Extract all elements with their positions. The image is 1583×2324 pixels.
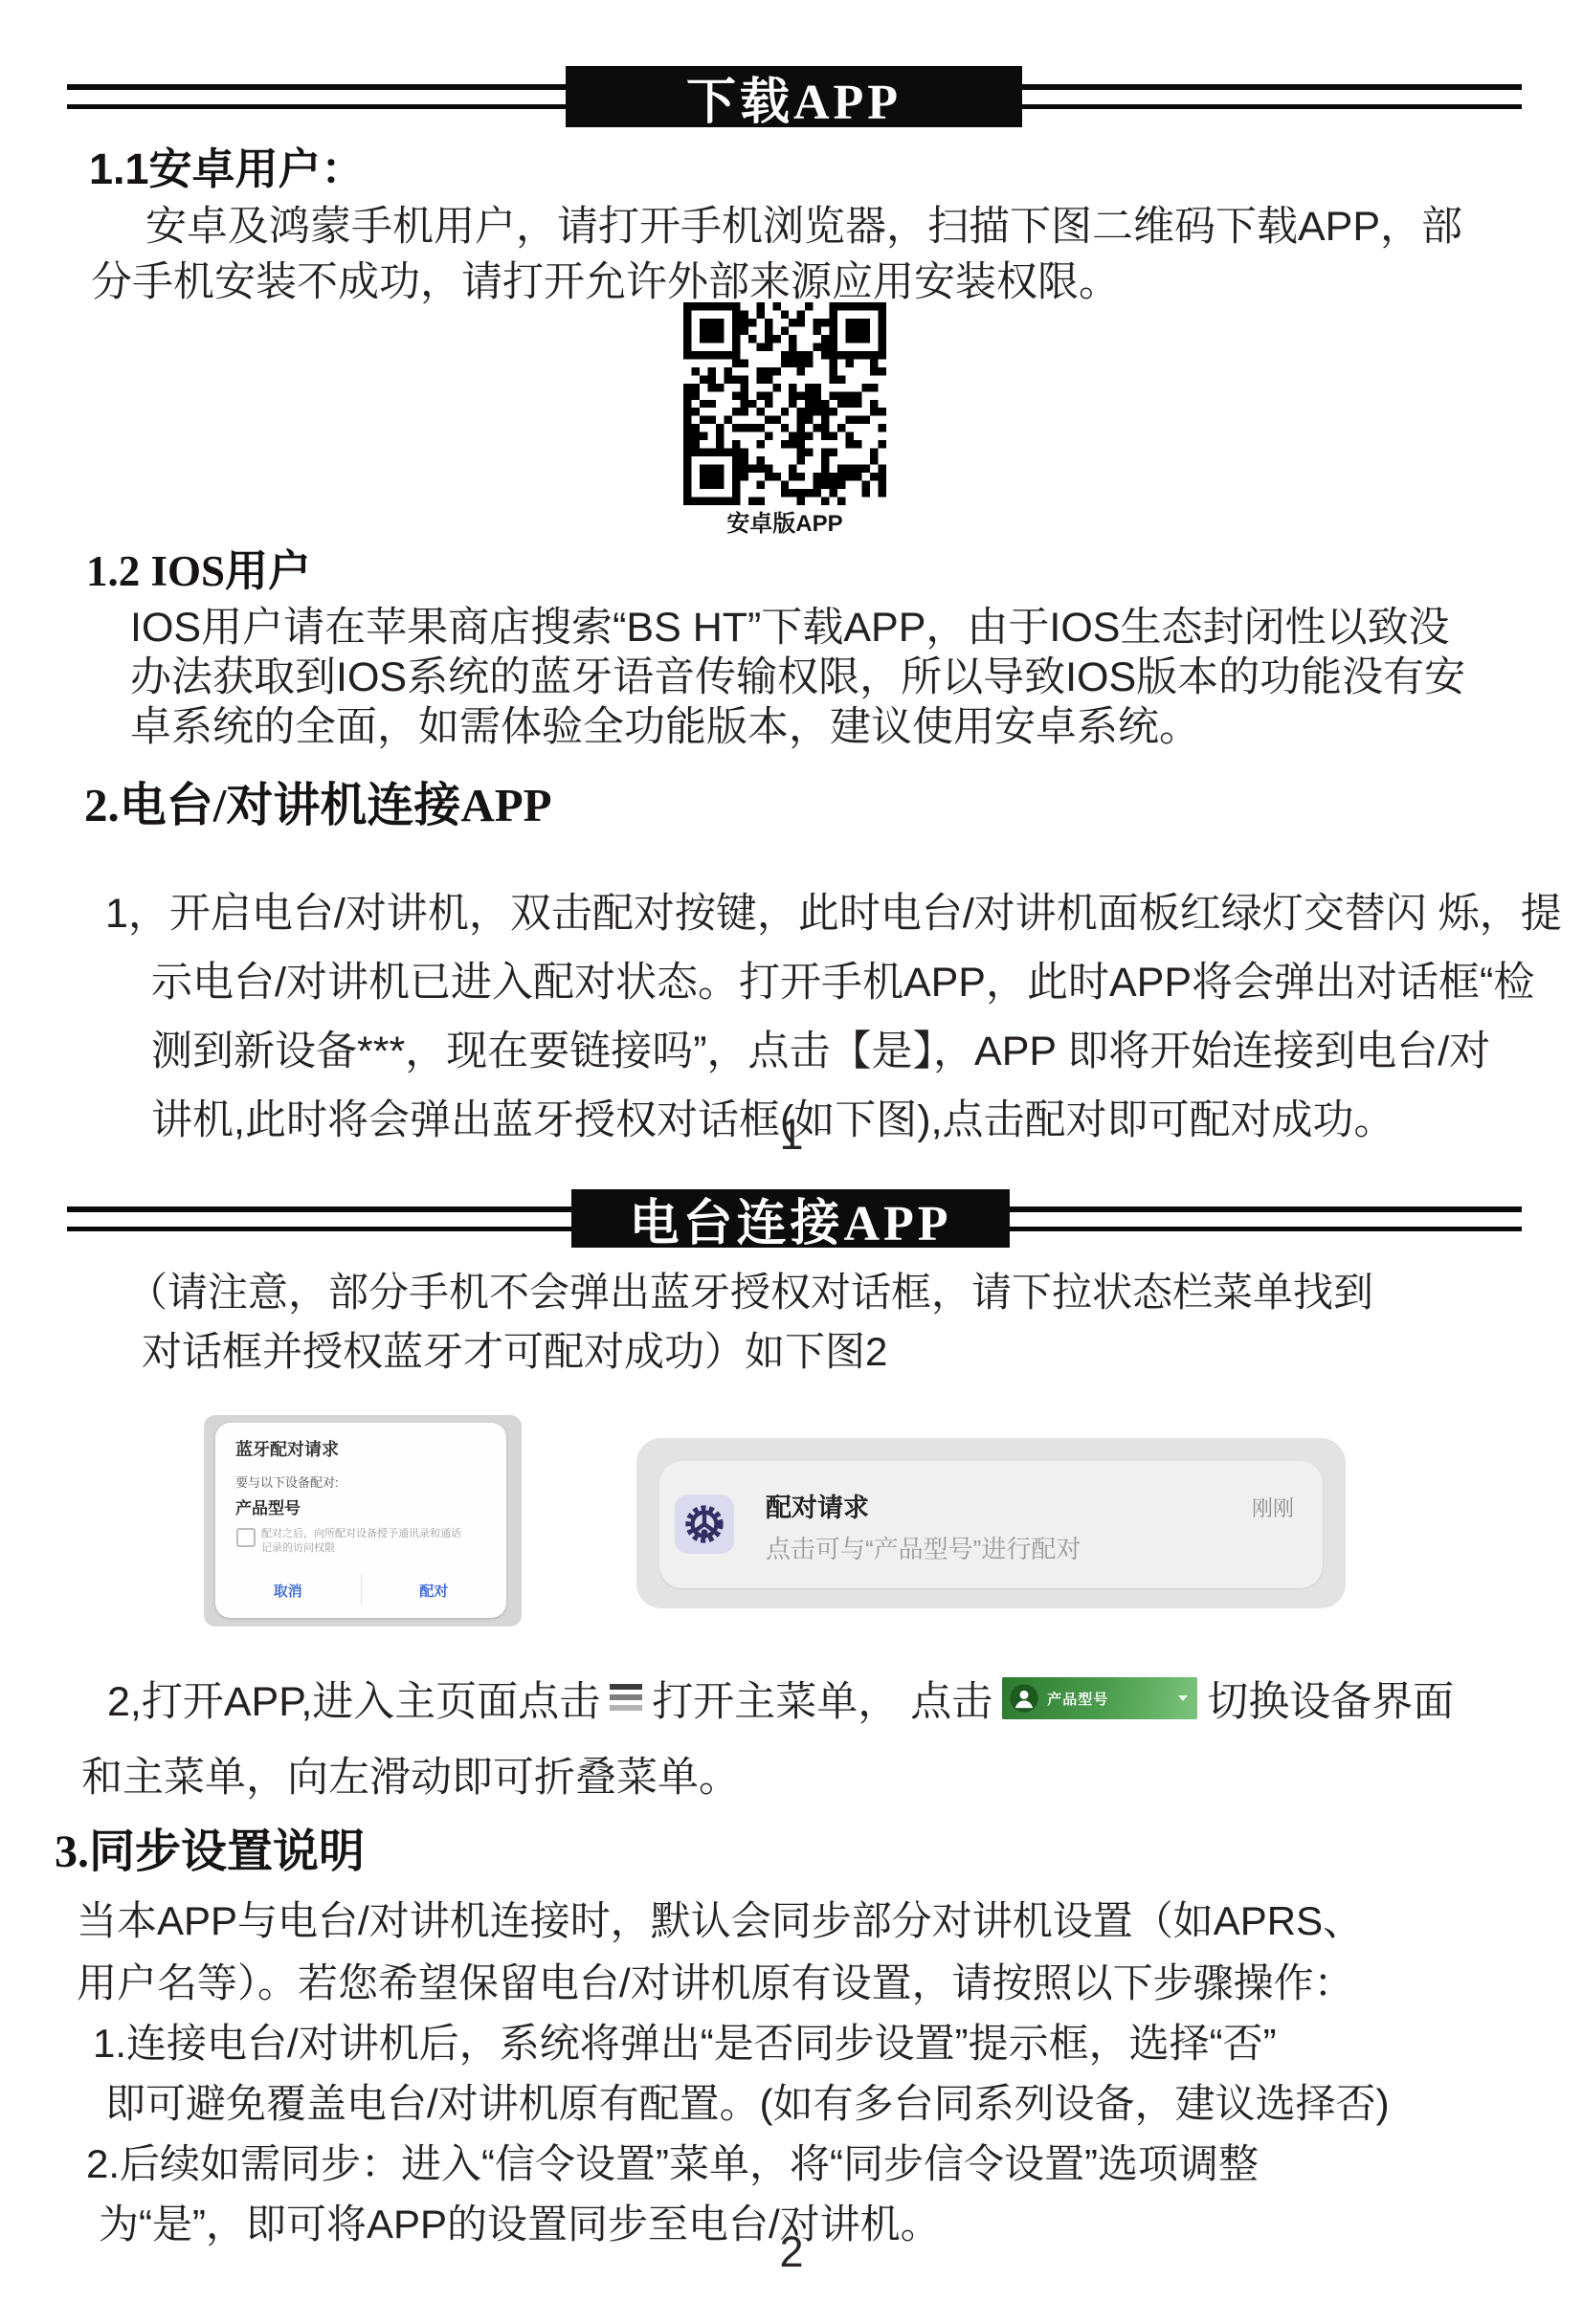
- manual-page: 下载APP 1.1安卓用户： 安卓及鸿蒙手机用户，请打开手机浏览器，扫描下图二维…: [0, 0, 1583, 2324]
- sync-line4: 即可避免覆盖电台/对讲机原有配置。(如有多台同系列设备，建议选择否): [105, 2072, 1390, 2130]
- step2-text-after-button: 切换设备界面: [1207, 1670, 1454, 1728]
- step2-text-before-menu: 2,打开APP,进入主页面点击: [107, 1670, 600, 1728]
- heading-ios-users: 1.2 IOS用户: [86, 536, 311, 598]
- bluetooth-pairing-dialog: 蓝牙配对请求 要与以下设备配对: 产品型号 配对之后，向所配对设备授予通讯录和通…: [215, 1423, 506, 1618]
- note-line2: 对话框并授权蓝牙才可配对成功）如下图2: [142, 1320, 887, 1378]
- device-button-label: 产品型号: [1047, 1689, 1108, 1709]
- dialog-device-name: 产品型号: [235, 1494, 301, 1518]
- pairing-notification-card[interactable]: 配对请求 刚刚 点击可与“产品型号”进行配对: [659, 1461, 1323, 1588]
- menu-hamburger-icon[interactable]: [610, 1684, 642, 1713]
- step2-line1: 2,打开APP,进入主页面点击 打开主菜单， 点击 产品型号 切换设备界面: [107, 1674, 1454, 1722]
- page-number-2: 2: [0, 2227, 1583, 2277]
- app-gear-icon: [675, 1494, 734, 1554]
- ios-paragraph-line3: 卓系统的全面，如需体验全功能版本，建议使用安卓系统。: [130, 695, 1200, 753]
- dialog-prompt: 要与以下设备配对:: [235, 1472, 339, 1491]
- pair-button[interactable]: 配对: [362, 1581, 507, 1601]
- sync-line5: 2.后续如需同步：进入“信令设置”菜单，将“同步信令设置”选项调整: [86, 2133, 1259, 2190]
- note-line1: （请注意，部分手机不会弹出蓝牙授权对话框，请下拉状态栏菜单找到: [127, 1261, 1373, 1318]
- step1-line1: 1，开启电台/对讲机，双击配对按键，此时电台/对讲机面板红绿灯交替闪 烁，提: [105, 881, 1562, 940]
- banner-download-app: 下载APP: [566, 66, 1022, 127]
- banner-download-app-label: 下载APP: [686, 61, 902, 133]
- notification-title: 配对请求: [766, 1487, 869, 1524]
- android-paragraph-line2: 分手机安装不成功，请打开允许外部来源应用安装权限。: [91, 250, 1120, 308]
- cancel-button[interactable]: 取消: [215, 1581, 361, 1601]
- screenshot-pairing-notification: 配对请求 刚刚 点击可与“产品型号”进行配对: [636, 1438, 1346, 1608]
- step2-text-after-menu: 打开主菜单， 点击: [652, 1670, 992, 1728]
- avatar-icon: [1009, 1683, 1039, 1714]
- grant-access-checkbox[interactable]: [236, 1528, 256, 1547]
- screenshot-bluetooth-dialog: 蓝牙配对请求 要与以下设备配对: 产品型号 配对之后，向所配对设备授予通讯录和通…: [204, 1415, 522, 1627]
- heading-sync-settings: 3.同步设置说明: [55, 1814, 365, 1880]
- sync-line2: 用户名等）。若您希望保留电台/对讲机原有设置，请按照以下步骤操作：: [77, 1952, 1354, 2009]
- step2-line2: 和主菜单，向左滑动即可折叠菜单。: [81, 1745, 740, 1804]
- android-paragraph-line1: 安卓及鸿蒙手机用户，请打开手机浏览器，扫描下图二维码下载APP，部: [145, 194, 1462, 253]
- qr-code: [683, 302, 886, 505]
- checkbox-label-line2: 记录的访问权限: [261, 1541, 461, 1556]
- checkbox-label-line1: 配对之后，向所配对设备授予通讯录和通话: [261, 1527, 461, 1541]
- qr-caption: 安卓版APP: [683, 504, 886, 538]
- notification-body: 点击可与“产品型号”进行配对: [766, 1530, 1081, 1565]
- step1-line2: 示电台/对讲机已进入配对状态。打开手机APP，此时APP将会弹出对话框“检: [151, 950, 1534, 1008]
- heading-connect-app: 2.电台/对讲机连接APP: [84, 768, 552, 835]
- dialog-title: 蓝牙配对请求: [235, 1436, 339, 1461]
- dropdown-caret-icon: [1178, 1695, 1188, 1701]
- page-number-1: 1: [0, 1110, 1583, 1160]
- sync-line3: 1.连接电台/对讲机后，系统将弹出“是否同步设置”提示框，选择“否”: [93, 2012, 1277, 2069]
- banner-connect-app-label: 电台连接APP: [629, 1183, 951, 1254]
- sync-line1: 当本APP与电台/对讲机连接时，默认会同步部分对讲机设置（如APRS、: [77, 1890, 1363, 1947]
- notification-time: 刚刚: [1252, 1493, 1294, 1522]
- dialog-button-row: 取消 配对: [215, 1571, 506, 1609]
- heading-android-users: 1.1安卓用户：: [89, 134, 365, 196]
- device-switch-button[interactable]: 产品型号: [1002, 1677, 1197, 1719]
- banner-connect-app: 电台连接APP: [571, 1189, 1010, 1248]
- checkbox-label: 配对之后，向所配对设备授予通讯录和通话 记录的访问权限: [261, 1527, 461, 1556]
- step1-line3: 测到新设备***，现在要链接吗”，点击【是】，APP 即将开始连接到电台/对: [151, 1019, 1490, 1077]
